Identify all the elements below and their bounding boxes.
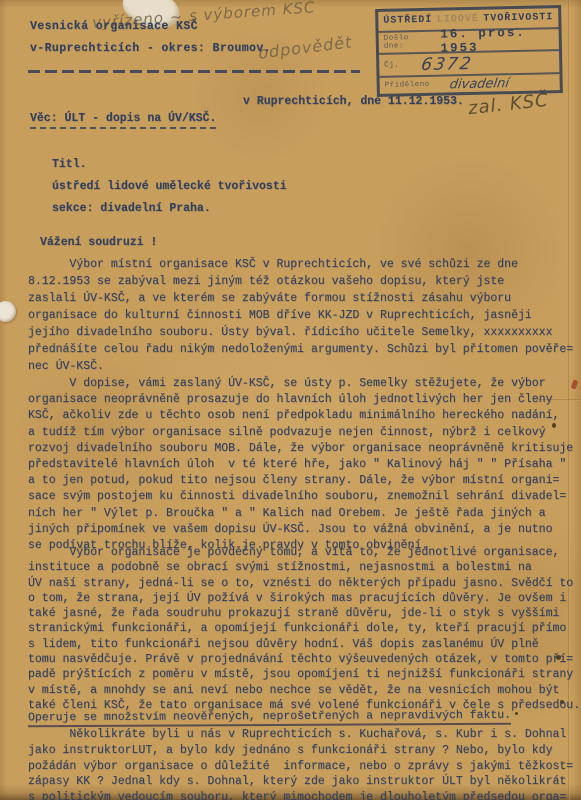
text-line: zaslali ÚV-KSČ, a ve kterém se zabýváte … xyxy=(28,290,573,307)
letter-paragraph-4: Několikráte byli u nás v Ruprechticích s… xyxy=(28,727,573,800)
text-line: stranickými funkcionáři, a opomíjejí fun… xyxy=(28,621,580,636)
underlined-sentence: Operuje se množstvím neověřených, neproš… xyxy=(28,709,511,728)
text-line: sekce: divadelní Praha. xyxy=(52,198,287,220)
text-line: také jasné, že řada soudruhu prokazují s… xyxy=(28,606,580,621)
text-line: ních her " Výlet p. Broučka " a " Kalich… xyxy=(28,506,573,522)
stamp-received-row: Došlo dne: 16. pros. 1953 xyxy=(379,27,559,53)
text-line: Výbor místní organisace KSČ v Ruprechtic… xyxy=(28,256,573,273)
stamp-title-left: ÚSTŘEDÍ xyxy=(383,15,432,27)
text-line: v místě, a mnohdy se ani neví nebo nechc… xyxy=(28,683,580,698)
sender-line-1: Vesnická organisace KSČ xyxy=(30,20,271,33)
stamp-received-date: 16. pros. 1953 xyxy=(440,25,554,55)
sender-header: Vesnická organisace KSČ v-Ruprechticích … xyxy=(30,20,271,64)
text-line: a to jen potud, pokud tito nejsou členy … xyxy=(28,473,573,489)
text-line: a tudíž tím výbor organisace silně podva… xyxy=(28,425,573,441)
hole-punch xyxy=(0,301,16,322)
stamp-ref-label: Čj. xyxy=(384,61,399,69)
text-line: o tom, že strana, její ÚV požívá v širok… xyxy=(28,591,580,606)
scanned-letter-page: vyřízeno ~ s výborem KSČ odpovědět zal. … xyxy=(0,0,581,800)
text-line: jejího divadelního souboru. Ústy býval. … xyxy=(28,324,573,341)
text-line: s politickým vedoucím souboru, který mim… xyxy=(28,790,573,800)
text-line: organisace neoprávněně prosazuje do hlav… xyxy=(28,392,573,408)
stamp-assigned-value: divadelní xyxy=(449,76,511,92)
text-line: rozvoj divadelního souboru MOB. Dále, že… xyxy=(28,441,573,457)
text-line: zápasy KK ? Jednal kdy s. Dohnal, který … xyxy=(28,774,573,790)
text-line: sace svým postojem ku činnosti divadelní… xyxy=(28,489,573,505)
text-line: organisace do kulturní činnosti MOB dřív… xyxy=(28,307,573,324)
stamp-assigned-label: Přiděleno xyxy=(385,81,430,90)
pencil-note-side: odpovědět xyxy=(257,32,353,62)
receipt-stamp: ÚSTŘEDÍ LIDOVÉ TVOŘIVOSTI Došlo dne: 16.… xyxy=(375,5,563,97)
text-line: padě prýštících z poměru v místě, jsou o… xyxy=(28,667,580,682)
text-line: představitelé hlavních úloh v té které h… xyxy=(28,457,573,473)
letter-paragraph-1: Výbor místní organisace KSČ v Ruprechtic… xyxy=(28,256,573,375)
text-line: jiných připomínek ve vašem dopisu ÚV-KSČ… xyxy=(28,522,573,538)
text-line: instituce a podobně se obrací svými stíž… xyxy=(28,560,580,575)
addressee-block: Titl.ústředí lidové umělecké tvořivostis… xyxy=(52,154,287,220)
text-line: požádán výbor organisace o důležité info… xyxy=(28,759,573,775)
text-line: přednášíte celou řadu nikým nedoloženými… xyxy=(28,341,573,358)
text-line: nec ÚV-KSČ. xyxy=(28,358,573,375)
text-line: ústředí lidové umělecké tvořivosti xyxy=(52,176,287,198)
text-line: jako instruktorLUT, a bylo kdy jednáno s… xyxy=(28,743,573,759)
stamp-ref-number: 6372 xyxy=(420,53,474,74)
text-line: Několikráte byli u nás v Ruprechticích s… xyxy=(28,727,573,743)
sender-underline xyxy=(28,70,360,73)
sender-line-2: v-Ruprechticích - okres: Broumov. xyxy=(30,42,271,55)
text-line: Titl. xyxy=(52,154,287,176)
text-line: ÚV naší strany, jedná-li se o to, vznést… xyxy=(28,576,580,591)
stamp-assigned-row: Přiděleno divadelní xyxy=(380,72,560,94)
text-line: V dopise, vámi zaslaný ÚV-KSČ, se ústy p… xyxy=(28,376,573,392)
stamp-title-right: TVOŘIVOSTI xyxy=(483,12,553,24)
letter-paragraph-2: V dopise, vámi zaslaný ÚV-KSČ, se ústy p… xyxy=(28,376,573,554)
letter-paragraph-3: Výbor organisace je povděčný tomu, a vít… xyxy=(28,545,580,713)
text-line: KSČ, ačkoliv zde u těchto osob není před… xyxy=(28,408,573,424)
text-line: s lidem, tito funkcionáři nejsou důvěry … xyxy=(28,637,580,652)
text-line: 8.12.1953 se zabýval mezi jiným též otáz… xyxy=(28,273,573,290)
text-line: Výbor organisace je povděčný tomu, a vít… xyxy=(28,545,580,560)
dateline: v Ruprechticích, dne 11.12.1953. xyxy=(243,95,464,108)
text-line: tomu nasvědčuje. Právě v projednávání tě… xyxy=(28,652,580,667)
stamp-title-mid: LIDOVÉ xyxy=(437,14,479,26)
salutation: Vážení soudruzi ! xyxy=(40,236,157,249)
stamp-received-label: Došlo dne: xyxy=(384,34,427,51)
subject-line: Věc: ÚLT - dopis na ÚV/KSČ. xyxy=(30,112,216,129)
